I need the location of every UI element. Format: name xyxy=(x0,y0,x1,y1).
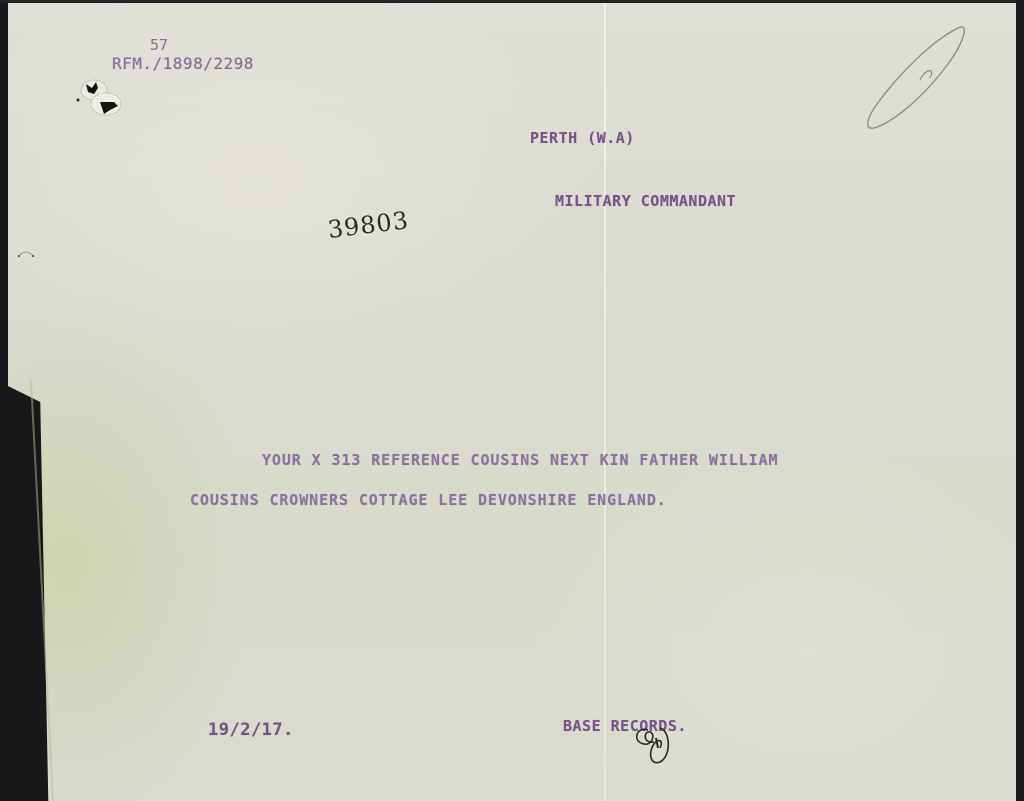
pencil-loop-mark-icon xyxy=(860,20,970,130)
vertical-fold-crease xyxy=(604,3,606,801)
scan-border-top xyxy=(0,0,1024,3)
place-heading: PERTH (W.A) xyxy=(530,129,635,147)
binder-punch-hole-icon xyxy=(74,78,126,118)
reference-superscript: 57 xyxy=(150,36,168,54)
scan-border-right xyxy=(1016,0,1024,801)
scanned-document: 57 RFM./1898/2298 PERTH (W.A) MILITARY C… xyxy=(0,0,1024,801)
pin-hole-icon xyxy=(16,247,36,259)
reference-number: RFM./1898/2298 xyxy=(112,54,254,73)
message-line-1: YOUR X 313 REFERENCE COUSINS NEXT KIN FA… xyxy=(262,451,778,469)
message-line-2: COUSINS CROWNERS COTTAGE LEE DEVONSHIRE … xyxy=(190,491,667,509)
addressee-heading: MILITARY COMMANDANT xyxy=(555,192,736,210)
reference-value: /1898/2298 xyxy=(153,54,254,73)
handwritten-initials-icon xyxy=(630,722,678,768)
message-date: 19/2/17. xyxy=(208,720,294,740)
reference-prefix: RFM. xyxy=(112,54,153,73)
